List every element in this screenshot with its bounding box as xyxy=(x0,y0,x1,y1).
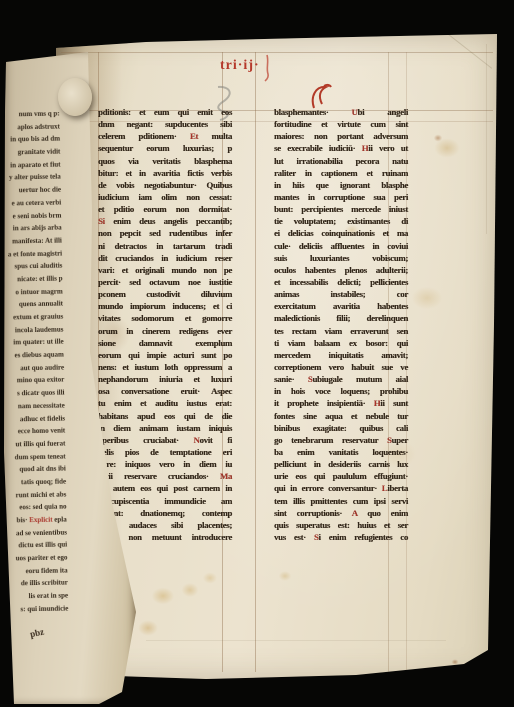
text-line: qui in errore conversantur· Liberta xyxy=(274,482,408,494)
text-line: sequentur eorum luxurias; p xyxy=(98,142,232,154)
text-line: fontes sine aqua et nebule tur xyxy=(274,410,408,422)
text-line: in ars abijs arba xyxy=(4,222,62,236)
text-line: in hois voce loquens; prohibu xyxy=(274,385,408,397)
text-line: aplos adstruxt xyxy=(2,120,60,134)
header-flourish-icon xyxy=(262,54,272,82)
text-line: et pditio eorum non dormitat· xyxy=(98,203,232,215)
text-line: non pepcit sed rudentibus infer xyxy=(98,227,232,239)
text-line: celerem pditionem· Et multa xyxy=(98,130,232,142)
rubricated-letter: H xyxy=(374,398,381,408)
text-line: quis superatus est: huius et ser xyxy=(274,519,408,531)
text-line: tem illis pmittentes cum ipsi servi xyxy=(274,495,408,507)
text-line: animas instabiles; cor xyxy=(274,288,408,300)
text-line: go tenebrarum reservatur Super xyxy=(274,434,408,446)
rubricated-letter: Et xyxy=(190,131,198,141)
text-line: dnm negant: supducentes sibi xyxy=(98,118,232,130)
text-line: binibus exagitate: quibus cali xyxy=(274,422,408,434)
text-line: adhuc et fidelis xyxy=(7,412,65,426)
text-line: bis· Explicit epla xyxy=(9,513,67,527)
text-line: num vms q p: xyxy=(2,108,60,122)
text-line: pditionis: et eum qui emit eos xyxy=(98,106,232,118)
text-line: fortitudine et virtute cum sint xyxy=(274,118,408,130)
text-line: orum in cinerem redigens ever xyxy=(98,325,232,337)
text-line: in hiis que ignorant blasphe xyxy=(274,179,408,191)
rubricated-letter: Ma xyxy=(220,471,232,481)
text-line: urie eos qui paululum effugiunt· xyxy=(274,470,408,482)
text-line: mercedem iniquitatis amavit; xyxy=(274,349,408,361)
text-line: iudicium iam olim non cessat: xyxy=(98,191,232,203)
text-line: se execrabile iudiciū· Hii vero ut xyxy=(274,142,408,154)
text-line: e seni nobis brm xyxy=(3,209,61,223)
rubricated-letter: S xyxy=(314,532,319,542)
text-line: mantes in corruptione sua peri xyxy=(274,191,408,203)
text-line: pelliciunt in desideriis carnis lux xyxy=(274,458,408,470)
text-line: aut quo audire xyxy=(6,361,64,375)
text-line: tatis quoq; fide xyxy=(8,475,66,489)
text-line: nam necessitate xyxy=(7,399,65,413)
text-line: nunt audaces sibi placentes; xyxy=(98,519,232,531)
text-line: ut illis qui fuerat xyxy=(7,437,65,451)
text-line: Si enim deus angelis peccantib; xyxy=(98,215,232,227)
text-line: maiores: non portant adversum xyxy=(274,130,408,142)
rubricated-letter: S xyxy=(308,374,313,384)
text-line: y alter puisse tela xyxy=(3,171,61,185)
text-line: sanie· Subiugale mutum aial xyxy=(274,373,408,385)
text-line: lut irrationabilia pecora natu xyxy=(274,155,408,167)
text-column-left: pditionis: et eum qui emit eosdnm negant… xyxy=(98,106,232,543)
rubricated-letter: Explicit xyxy=(29,516,52,524)
text-line: bitur: et in avaritia fictis verbis xyxy=(98,167,232,179)
text-line: osa conversatione eruit· Aspec xyxy=(98,385,232,397)
text-line: nens: et iustum loth oppressum a xyxy=(98,361,232,373)
text-line: de vobis negotiabuntur· Quibus xyxy=(98,179,232,191)
parchment-crease xyxy=(146,640,446,641)
text-line: dit cruciandos in iudicium reser xyxy=(98,252,232,264)
text-line: mino qua exitor xyxy=(6,374,64,388)
rubricated-letter: Si xyxy=(98,216,105,226)
text-line: granitate vidit xyxy=(2,146,60,160)
text-line: runt michi et abs xyxy=(8,488,66,502)
text-line: gis autem eos qui post carnem in xyxy=(98,482,232,494)
text-line: nephandorum iniuria et luxuri xyxy=(98,373,232,385)
text-line: bunt: percipientes mercede iniust xyxy=(274,203,408,215)
text-line: incola laudemus xyxy=(5,323,63,337)
text-line: eos: sed quia no xyxy=(8,501,66,515)
text-line: in quo bis ad dm xyxy=(2,133,60,147)
text-line: oculos habentes plenos adulterii; xyxy=(274,264,408,276)
text-line: im quater: ut ille xyxy=(6,336,64,350)
text-line: blasphemantes· Ubi angeli xyxy=(274,106,408,118)
rubricated-letter: N xyxy=(193,435,199,445)
ruling-line-horizontal xyxy=(61,52,493,53)
text-line: tes rectam viam erraverunt sen xyxy=(274,325,408,337)
text-line: dicii reservare cruciandos· Ma xyxy=(98,470,232,482)
text-line: cule· deliciis affluentes in coviui xyxy=(274,240,408,252)
text-line: vitates sodomorum et gomorre xyxy=(98,312,232,324)
text-line: vus est· Si enim refugientes co xyxy=(274,531,408,543)
text-line: eorum qui impie acturi sunt po xyxy=(98,349,232,361)
text-line: ti viam balaam ex bosor: qui xyxy=(274,337,408,349)
text-line: ba enim vanitatis loquentes· xyxy=(274,446,408,458)
text-line: quens annualit xyxy=(5,298,63,312)
text-line: mundo impiorum inducens; et ci xyxy=(98,300,232,312)
ruling-line-vertical xyxy=(255,52,256,672)
text-line: de illis scribitur xyxy=(10,577,68,591)
text-line: pconem custodivit diluvium xyxy=(98,288,232,300)
text-line: eoru fidem ita xyxy=(10,564,68,578)
catchword: pbz xyxy=(29,627,45,640)
text-line: ad se venientibus xyxy=(9,526,67,540)
text-line: dictu est illis qui xyxy=(9,539,67,553)
text-line: in aparato et fiut xyxy=(2,158,60,172)
text-line: lis erat in spe xyxy=(10,590,68,604)
text-line: exercitatum avaritia habentes xyxy=(274,300,408,312)
text-line: ei delicias coinquinationis et ma xyxy=(274,227,408,239)
text-line: tie voluptatem; existimantes di xyxy=(274,215,408,227)
text-line: a et fonte magistri xyxy=(4,247,62,261)
page-curl xyxy=(58,78,92,116)
rubricated-letter: A xyxy=(352,508,358,518)
text-column-right: blasphemantes· Ubi angelifortitudine et … xyxy=(274,106,408,543)
text-line: uertur hoc die xyxy=(3,184,61,198)
text-line: maledictionis filii; derelinquen xyxy=(274,312,408,324)
text-line: quod ait dns ibi xyxy=(8,463,66,477)
text-line: concupiscentia immundicie am xyxy=(98,495,232,507)
text-line: suis luxuriantes vobiscum; xyxy=(274,252,408,264)
facing-page-text: num vms q p:aplos adstruxtin quo bis ad … xyxy=(2,108,69,616)
text-line: it prophete insipientiā· Hii sunt xyxy=(274,397,408,409)
rubricated-letter: H xyxy=(362,143,369,153)
parchment-crease xyxy=(486,44,487,234)
text-line: vari: et originali mundo non pe xyxy=(98,264,232,276)
text-line: s dicatr quos illi xyxy=(6,387,64,401)
text-line: tu enim et auditu iustus erat: xyxy=(98,397,232,409)
text-line: bulant: dnationemq; contemp xyxy=(98,507,232,519)
text-line: spus cui aluditis xyxy=(4,260,62,274)
text-line: delis pios de temptatione eri xyxy=(98,446,232,458)
manuscript-photograph: tri·ij· pditionis: et eum qui emit eosdn… xyxy=(0,0,514,707)
text-line: sione damnavit exemplum xyxy=(98,337,232,349)
text-line: correptionem vero habuit sue ve xyxy=(274,361,408,373)
running-title: tri·ij· xyxy=(220,58,260,74)
text-line: sint corruptionis· A quo enim xyxy=(274,507,408,519)
text-line: es diebus aquam xyxy=(6,349,64,363)
text-line: in diem animam iustam iniquis xyxy=(98,422,232,434)
text-line: s: qui imundicie xyxy=(10,602,68,616)
text-line: manifesta: At illi xyxy=(4,234,62,248)
text-line: nicate: et illis p xyxy=(4,272,62,286)
text-line: dum spem teneat xyxy=(8,450,66,464)
text-line: quos via veritatis blasphema xyxy=(98,155,232,167)
rubricated-letter: S xyxy=(387,435,392,445)
rubricated-letter: L xyxy=(382,483,388,493)
text-line: ecce homo venit xyxy=(7,425,65,439)
text-line: e au cetera verbi xyxy=(3,196,61,210)
text-line: operibus cruciabat· Novit fi xyxy=(98,434,232,446)
rubricated-letter: U xyxy=(351,107,357,117)
text-line: ni detractos in tartarum tradi xyxy=(98,240,232,252)
text-line: et incessabilis delicti; pellicientes xyxy=(274,276,408,288)
text-line: pere: iniquos vero in diem iu xyxy=(98,458,232,470)
text-line: habitans apud eos qui de die xyxy=(98,410,232,422)
text-line: extum et grauius xyxy=(5,311,63,325)
text-line: raliter in captionem et ruinam xyxy=(274,167,408,179)
text-line: percit· sed octavum noe iustitie xyxy=(98,276,232,288)
text-line: o intuor magrm xyxy=(5,285,63,299)
text-line: uos pariter et ego xyxy=(9,552,67,566)
